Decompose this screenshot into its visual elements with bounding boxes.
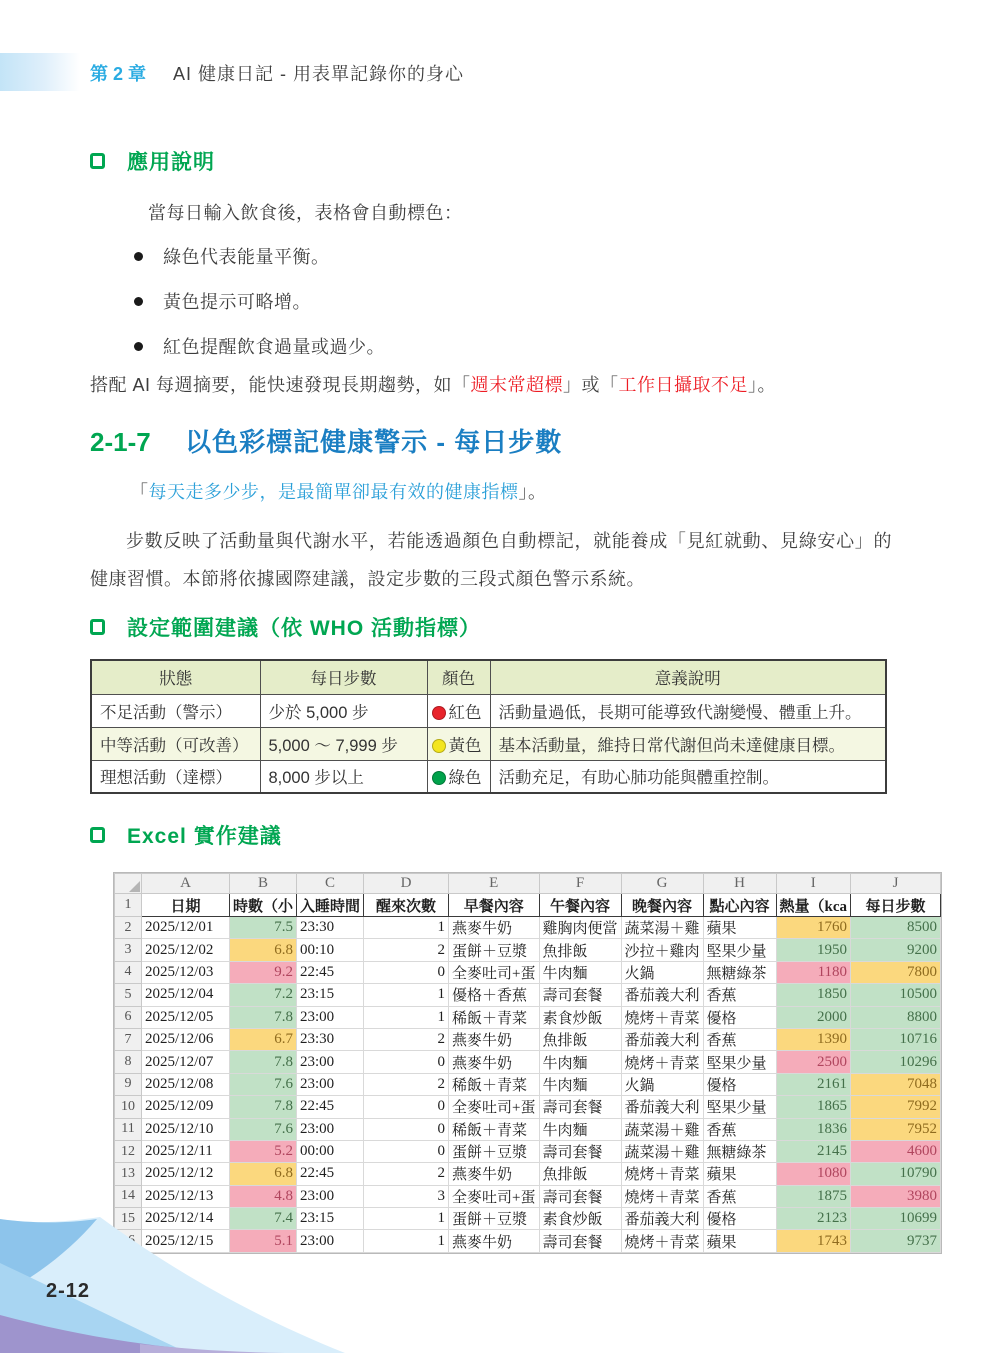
excel-cell-kcal: 1180 <box>776 961 851 983</box>
row-number: 3 <box>115 939 142 961</box>
row-number: 2 <box>115 917 142 939</box>
section-excel-heading: Excel 實作建議 <box>90 820 282 850</box>
summary-text: 搭配 AI 每週摘要，能快速發現長期趨勢，如「 <box>90 375 471 395</box>
section-2-1-7-heading: 2-1-7 以色彩標記健康警示 - 每日步數 <box>90 422 562 459</box>
excel-data-row: 22025/12/017.523:301燕麥牛奶雞胸肉便當蔬菜湯＋雞蘋果1760… <box>115 917 941 939</box>
excel-cell-lunch: 壽司套餐 <box>539 1096 621 1118</box>
excel-cell-kcal: 1760 <box>776 917 851 939</box>
excel-cell-lunch: 素食炒飯 <box>539 1208 621 1230</box>
column-letter: B <box>230 874 297 894</box>
excel-cell-lunch: 魚排飯 <box>539 1028 621 1050</box>
excel-cell-bed: 23:00 <box>297 1118 364 1140</box>
excel-header-cell: 時數（小 <box>230 894 297 917</box>
who-color-cell: 紅色 <box>427 694 490 727</box>
excel-cell-date: 2025/12/09 <box>142 1096 230 1118</box>
excel-cell-snack: 蘋果 <box>703 917 776 939</box>
excel-cell-steps: 9200 <box>851 939 941 961</box>
excel-cell-bf: 蛋餅＋豆漿 <box>449 1208 539 1230</box>
who-header-cell: 顏色 <box>427 660 490 694</box>
checkbox-icon <box>90 153 105 169</box>
excel-cell-wake: 2 <box>364 1028 449 1050</box>
excel-data-row: 112025/12/107.623:000稀飯＋青菜牛肉麵蔬菜湯＋雞香蕉1836… <box>115 1118 941 1140</box>
excel-letter-row: ABCDEFGHIJ <box>115 874 941 894</box>
excel-header-cell: 日期 <box>142 894 230 917</box>
excel-cell-steps: 9737 <box>851 1230 941 1252</box>
excel-cell-steps: 7800 <box>851 961 941 983</box>
who-header-cell: 每日步數 <box>260 660 427 694</box>
row-number: 5 <box>115 984 142 1006</box>
excel-cell-date: 2025/12/08 <box>142 1073 230 1095</box>
excel-cell-dinner: 蔬菜湯＋雞 <box>621 917 703 939</box>
column-letter: E <box>449 874 539 894</box>
excel-cell-dinner: 燒烤＋青菜 <box>621 1185 703 1207</box>
excel-cell-wake: 1 <box>364 984 449 1006</box>
excel-cell-lunch: 壽司套餐 <box>539 1230 621 1252</box>
excel-cell-snack: 香蕉 <box>703 1118 776 1140</box>
excel-cell-wake: 1 <box>364 1230 449 1252</box>
excel-header-cell: 點心內容 <box>703 894 776 917</box>
excel-cell-wake: 1 <box>364 917 449 939</box>
book-page: { "page": { "chapter_label": "第 2 章", "c… <box>0 0 1000 1353</box>
excel-cell-dinner: 番茄義大利 <box>621 1028 703 1050</box>
bullet-text: 紅色提醒飲食過量或過少。 <box>163 333 385 359</box>
excel-cell-snack: 無糖綠茶 <box>703 961 776 983</box>
excel-cell-bf: 稀飯＋青菜 <box>449 1006 539 1028</box>
excel-cell-steps: 7952 <box>851 1118 941 1140</box>
excel-cell-bed: 23:00 <box>297 1051 364 1073</box>
select-all-cell <box>115 874 142 894</box>
excel-cell-date: 2025/12/02 <box>142 939 230 961</box>
excel-cell-lunch: 魚排飯 <box>539 939 621 961</box>
excel-header-cell: 午餐內容 <box>539 894 621 917</box>
chapter-accent-bar <box>0 53 80 91</box>
excel-cell-date: 2025/12/10 <box>142 1118 230 1140</box>
excel-cell-snack: 堅果少量 <box>703 1096 776 1118</box>
who-steps-cell: 少於 5,000 步 <box>260 694 427 727</box>
excel-cell-bed: 22:45 <box>297 961 364 983</box>
excel-cell-date: 2025/12/04 <box>142 984 230 1006</box>
excel-cell-bf: 優格＋香蕉 <box>449 984 539 1006</box>
excel-cell-bf: 蛋餅＋豆漿 <box>449 1140 539 1162</box>
excel-cell-kcal: 1743 <box>776 1230 851 1252</box>
excel-cell-dinner: 燒烤＋青菜 <box>621 1230 703 1252</box>
excel-cell-steps: 10500 <box>851 984 941 1006</box>
excel-cell-bed: 23:15 <box>297 984 364 1006</box>
section-number: 2-1-7 <box>90 427 151 457</box>
row-number: 8 <box>115 1051 142 1073</box>
select-all-icon <box>129 881 140 892</box>
row-number: 9 <box>115 1073 142 1095</box>
excel-cell-snack: 香蕉 <box>703 1185 776 1207</box>
excel-cell-lunch: 牛肉麵 <box>539 1118 621 1140</box>
excel-cell-steps: 10296 <box>851 1051 941 1073</box>
chapter-header: 第 2 章 AI 健康日記 - 用表單記錄你的身心 <box>90 60 464 86</box>
excel-cell-snack: 堅果少量 <box>703 939 776 961</box>
excel-cell-kcal: 1080 <box>776 1163 851 1185</box>
chapter-number: 第 2 章 <box>90 64 146 84</box>
who-color-cell: 綠色 <box>427 760 490 793</box>
excel-header-cell: 早餐內容 <box>449 894 539 917</box>
excel-cell-hours: 6.7 <box>230 1028 297 1050</box>
excel-cell-dinner: 沙拉＋雞肉 <box>621 939 703 961</box>
who-table-row: 中等活動（可改善）5,000 ～ 7,999 步黃色基本活動量，維持日常代謝但尚… <box>91 727 886 760</box>
excel-cell-kcal: 2145 <box>776 1140 851 1162</box>
row-number: 13 <box>115 1163 142 1185</box>
excel-cell-hours: 7.6 <box>230 1118 297 1140</box>
row-number: 11 <box>115 1118 142 1140</box>
bullet-icon <box>134 252 143 261</box>
excel-cell-hours: 5.2 <box>230 1140 297 1162</box>
excel-cell-lunch: 雞胸肉便當 <box>539 917 621 939</box>
excel-cell-wake: 0 <box>364 1096 449 1118</box>
column-letter: J <box>851 874 941 894</box>
excel-data-row: 62025/12/057.823:001稀飯＋青菜素食炒飯燒烤＋青菜優格2000… <box>115 1006 941 1028</box>
excel-cell-snack: 蘋果 <box>703 1163 776 1185</box>
section-heading-text: 設定範圍建議（依 WHO 活動指標） <box>127 612 481 642</box>
who-header-cell: 意義說明 <box>490 660 886 694</box>
excel-cell-kcal: 2500 <box>776 1051 851 1073</box>
excel-body: 22025/12/017.523:301燕麥牛奶雞胸肉便當蔬菜湯＋雞蘋果1760… <box>115 917 941 1253</box>
row-number: 4 <box>115 961 142 983</box>
excel-cell-dinner: 燒烤＋青菜 <box>621 1051 703 1073</box>
highlight-weekend-over: 週末常超標 <box>471 375 564 395</box>
excel-cell-hours: 6.8 <box>230 1163 297 1185</box>
excel-cell-lunch: 壽司套餐 <box>539 1140 621 1162</box>
excel-cell-hours: 7.8 <box>230 1006 297 1028</box>
excel-cell-steps: 3980 <box>851 1185 941 1207</box>
summary-text: 」。 <box>748 375 776 395</box>
excel-cell-bed: 23:00 <box>297 1006 364 1028</box>
excel-cell-wake: 2 <box>364 1073 449 1095</box>
excel-screenshot: ABCDEFGHIJ 1日期時數（小入睡時間醒來次數早餐內容午餐內容晚餐內容點心… <box>113 872 942 1254</box>
excel-cell-hours: 7.8 <box>230 1051 297 1073</box>
excel-cell-kcal: 1865 <box>776 1096 851 1118</box>
excel-data-row: 92025/12/087.623:002稀飯＋青菜牛肉麵火鍋優格21617048 <box>115 1073 941 1095</box>
excel-header-cell: 每日步數 <box>851 894 941 917</box>
column-letter: A <box>142 874 230 894</box>
excel-cell-kcal: 1950 <box>776 939 851 961</box>
who-steps-cell: 8,000 步以上 <box>260 760 427 793</box>
excel-cell-date: 2025/12/11 <box>142 1140 230 1162</box>
excel-cell-dinner: 火鍋 <box>621 1073 703 1095</box>
excel-data-row: 102025/12/097.822:450全麥吐司+蛋壽司套餐番茄義大利堅果少量… <box>115 1096 941 1118</box>
excel-cell-lunch: 壽司套餐 <box>539 1185 621 1207</box>
excel-header-row: 1日期時數（小入睡時間醒來次數早餐內容午餐內容晚餐內容點心內容熱量（kca每日步… <box>115 894 941 917</box>
summary-text: 」或「 <box>563 375 619 395</box>
bullet-item: 綠色代表能量平衡。 <box>134 243 330 269</box>
excel-cell-hours: 7.6 <box>230 1073 297 1095</box>
who-status-cell: 理想活動（達標） <box>91 760 260 793</box>
column-letter: H <box>703 874 776 894</box>
excel-cell-kcal: 2000 <box>776 1006 851 1028</box>
excel-cell-kcal: 2161 <box>776 1073 851 1095</box>
row-number: 1 <box>115 894 142 917</box>
column-letter: I <box>776 874 851 894</box>
quote-text: 每天走多少步，是最簡單卻最有效的健康指標 <box>149 482 519 502</box>
usage-summary: 搭配 AI 每週摘要，能快速發現長期趨勢，如「週末常超標」或「工作日攝取不足」。 <box>90 370 776 400</box>
excel-cell-bf: 全麥吐司+蛋 <box>449 961 539 983</box>
excel-cell-wake: 2 <box>364 1163 449 1185</box>
excel-cell-bf: 燕麥牛奶 <box>449 1028 539 1050</box>
excel-cell-dinner: 燒烤＋青菜 <box>621 1006 703 1028</box>
excel-cell-lunch: 牛肉麵 <box>539 961 621 983</box>
who-meaning-cell: 活動量過低，長期可能導致代謝變慢、體重上升。 <box>490 694 886 727</box>
excel-cell-wake: 2 <box>364 939 449 961</box>
who-table-body: 不足活動（警示）少於 5,000 步紅色活動量過低，長期可能導致代謝變慢、體重上… <box>91 694 886 793</box>
bullet-icon <box>134 297 143 306</box>
excel-cell-wake: 0 <box>364 1140 449 1162</box>
excel-data-row: 52025/12/047.223:151優格＋香蕉壽司套餐番茄義大利香蕉1850… <box>115 984 941 1006</box>
checkbox-icon <box>90 619 105 635</box>
excel-data-row: 42025/12/039.222:450全麥吐司+蛋牛肉麵火鍋無糖綠茶11807… <box>115 961 941 983</box>
excel-cell-dinner: 火鍋 <box>621 961 703 983</box>
excel-cell-kcal: 1850 <box>776 984 851 1006</box>
excel-cell-bed: 23:00 <box>297 1073 364 1095</box>
excel-cell-steps: 4600 <box>851 1140 941 1162</box>
excel-cell-wake: 0 <box>364 961 449 983</box>
excel-cell-bf: 稀飯＋青菜 <box>449 1073 539 1095</box>
bullet-icon <box>134 342 143 351</box>
excel-cell-hours: 6.8 <box>230 939 297 961</box>
excel-cell-snack: 堅果少量 <box>703 1051 776 1073</box>
highlight-workday-low: 工作日攝取不足 <box>619 375 749 395</box>
excel-cell-steps: 7048 <box>851 1073 941 1095</box>
section-heading-text: Excel 實作建議 <box>127 820 282 850</box>
excel-cell-wake: 1 <box>364 1208 449 1230</box>
quote-bracket: 「 <box>130 482 149 502</box>
who-meaning-cell: 基本活動量，維持日常代謝但尚未達健康目標。 <box>490 727 886 760</box>
excel-cell-bf: 燕麥牛奶 <box>449 1051 539 1073</box>
excel-cell-snack: 優格 <box>703 1073 776 1095</box>
excel-cell-date: 2025/12/12 <box>142 1163 230 1185</box>
excel-cell-snack: 香蕉 <box>703 1028 776 1050</box>
who-table-head-row: 狀態每日步數顏色意義說明 <box>91 660 886 694</box>
excel-cell-bed: 00:00 <box>297 1140 364 1162</box>
excel-cell-snack: 優格 <box>703 1208 776 1230</box>
who-header-cell: 狀態 <box>91 660 260 694</box>
excel-cell-steps: 8500 <box>851 917 941 939</box>
excel-cell-lunch: 素食炒飯 <box>539 1006 621 1028</box>
bullet-text: 綠色代表能量平衡。 <box>163 243 330 269</box>
excel-cell-steps: 10699 <box>851 1208 941 1230</box>
excel-cell-snack: 蘋果 <box>703 1230 776 1252</box>
who-steps-cell: 5,000 ～ 7,999 步 <box>260 727 427 760</box>
excel-cell-date: 2025/12/01 <box>142 917 230 939</box>
excel-cell-dinner: 番茄義大利 <box>621 984 703 1006</box>
excel-cell-steps: 10716 <box>851 1028 941 1050</box>
who-color-label: 紅色 <box>449 704 482 722</box>
corner-decoration <box>0 1203 360 1353</box>
excel-cell-lunch: 牛肉麵 <box>539 1073 621 1095</box>
excel-cell-bed: 23:30 <box>297 1028 364 1050</box>
excel-cell-hours: 7.5 <box>230 917 297 939</box>
excel-cell-wake: 1 <box>364 1006 449 1028</box>
excel-cell-dinner: 蔬菜湯＋雞 <box>621 1118 703 1140</box>
row-number: 7 <box>115 1028 142 1050</box>
excel-cell-bf: 燕麥牛奶 <box>449 1230 539 1252</box>
excel-cell-lunch: 壽司套餐 <box>539 984 621 1006</box>
row-number: 6 <box>115 1006 142 1028</box>
excel-header-cell: 入睡時間 <box>297 894 364 917</box>
excel-cell-kcal: 1836 <box>776 1118 851 1140</box>
excel-data-row: 82025/12/077.823:000燕麥牛奶牛肉麵燒烤＋青菜堅果少量2500… <box>115 1051 941 1073</box>
bullet-item: 黃色提示可略增。 <box>134 288 311 314</box>
excel-cell-lunch: 魚排飯 <box>539 1163 621 1185</box>
excel-cell-bf: 全麥吐司+蛋 <box>449 1096 539 1118</box>
steps-paragraph: 步數反映了活動量與代謝水平，若能透過顏色自動標記，就能養成「見紅就動、見綠安心」… <box>90 522 892 598</box>
excel-cell-date: 2025/12/05 <box>142 1006 230 1028</box>
excel-cell-wake: 0 <box>364 1118 449 1140</box>
excel-cell-dinner: 燒烤＋青菜 <box>621 1163 703 1185</box>
excel-cell-bed: 22:45 <box>297 1163 364 1185</box>
excel-cell-bed: 22:45 <box>297 1096 364 1118</box>
excel-header-cell: 醒來次數 <box>364 894 449 917</box>
who-table-row: 理想活動（達標）8,000 步以上綠色活動充足，有助心肺功能與體重控制。 <box>91 760 886 793</box>
column-letter: F <box>539 874 621 894</box>
row-number: 10 <box>115 1096 142 1118</box>
excel-cell-dinner: 番茄義大利 <box>621 1208 703 1230</box>
excel-cell-snack: 香蕉 <box>703 984 776 1006</box>
who-color-cell: 黃色 <box>427 727 490 760</box>
excel-cell-kcal: 1390 <box>776 1028 851 1050</box>
who-status-cell: 中等活動（可改善） <box>91 727 260 760</box>
who-color-label: 黃色 <box>449 737 482 755</box>
section-heading-text: 應用說明 <box>127 146 215 176</box>
who-meaning-cell: 活動充足，有助心肺功能與體重控制。 <box>490 760 886 793</box>
excel-cell-steps: 8800 <box>851 1006 941 1028</box>
column-letter: G <box>621 874 703 894</box>
excel-cell-bf: 燕麥牛奶 <box>449 917 539 939</box>
excel-cell-bf: 全麥吐司+蛋 <box>449 1185 539 1207</box>
excel-cell-hours: 7.8 <box>230 1096 297 1118</box>
excel-cell-date: 2025/12/03 <box>142 961 230 983</box>
column-letter: D <box>364 874 449 894</box>
column-letter: C <box>297 874 364 894</box>
who-range-table: 狀態每日步數顏色意義說明 不足活動（警示）少於 5,000 步紅色活動量過低，長… <box>90 659 887 794</box>
section-range-heading: 設定範圍建議（依 WHO 活動指標） <box>90 612 481 642</box>
bullet-text: 黃色提示可略增。 <box>163 288 311 314</box>
excel-cell-bf: 稀飯＋青菜 <box>449 1118 539 1140</box>
excel-table: ABCDEFGHIJ 1日期時數（小入睡時間醒來次數早餐內容午餐內容晚餐內容點心… <box>114 873 941 1253</box>
status-dot-icon <box>432 739 446 753</box>
excel-cell-snack: 優格 <box>703 1006 776 1028</box>
excel-cell-bf: 蛋餅＋豆漿 <box>449 939 539 961</box>
page-number: 2-12 <box>46 1280 90 1303</box>
excel-cell-wake: 0 <box>364 1051 449 1073</box>
excel-data-row: 72025/12/066.723:302燕麥牛奶魚排飯番茄義大利香蕉139010… <box>115 1028 941 1050</box>
who-table-row: 不足活動（警示）少於 5,000 步紅色活動量過低，長期可能導致代謝變慢、體重上… <box>91 694 886 727</box>
who-color-label: 綠色 <box>449 769 482 787</box>
who-status-cell: 不足活動（警示） <box>91 694 260 727</box>
excel-cell-dinner: 番茄義大利 <box>621 1096 703 1118</box>
excel-cell-snack: 無糖綠茶 <box>703 1140 776 1162</box>
excel-cell-date: 2025/12/06 <box>142 1028 230 1050</box>
excel-header-cell: 熱量（kca <box>776 894 851 917</box>
excel-cell-lunch: 牛肉麵 <box>539 1051 621 1073</box>
chapter-title: AI 健康日記 - 用表單記錄你的身心 <box>173 64 464 84</box>
excel-header-cell: 晚餐內容 <box>621 894 703 917</box>
excel-cell-steps: 10790 <box>851 1163 941 1185</box>
excel-data-row: 32025/12/026.800:102蛋餅＋豆漿魚排飯沙拉＋雞肉堅果少量195… <box>115 939 941 961</box>
excel-data-row: 132025/12/126.822:452燕麥牛奶魚排飯燒烤＋青菜蘋果10801… <box>115 1163 941 1185</box>
excel-cell-kcal: 1875 <box>776 1185 851 1207</box>
excel-cell-dinner: 蔬菜湯＋雞 <box>621 1140 703 1162</box>
bullet-item: 紅色提醒飲食過量或過少。 <box>134 333 385 359</box>
excel-cell-hours: 9.2 <box>230 961 297 983</box>
row-number: 12 <box>115 1140 142 1162</box>
checkbox-icon <box>90 827 105 843</box>
excel-cell-bed: 23:30 <box>297 917 364 939</box>
section-usage-heading: 應用說明 <box>90 146 215 176</box>
excel-cell-hours: 7.2 <box>230 984 297 1006</box>
excel-cell-steps: 7992 <box>851 1096 941 1118</box>
excel-cell-wake: 3 <box>364 1185 449 1207</box>
excel-data-row: 122025/12/115.200:000蛋餅＋豆漿壽司套餐蔬菜湯＋雞無糖綠茶2… <box>115 1140 941 1162</box>
excel-cell-bed: 00:10 <box>297 939 364 961</box>
excel-cell-bf: 燕麥牛奶 <box>449 1163 539 1185</box>
status-dot-icon <box>432 706 446 720</box>
excel-cell-kcal: 2123 <box>776 1208 851 1230</box>
quote-bracket: 」。 <box>519 482 547 502</box>
status-dot-icon <box>432 771 446 785</box>
usage-intro: 當每日輸入飲食後，表格會自動標色： <box>148 198 463 228</box>
quote-line: 「每天走多少步，是最簡單卻最有效的健康指標」。 <box>130 477 547 507</box>
excel-cell-date: 2025/12/07 <box>142 1051 230 1073</box>
section-title: 以色彩標記健康警示 - 每日步數 <box>185 427 562 457</box>
